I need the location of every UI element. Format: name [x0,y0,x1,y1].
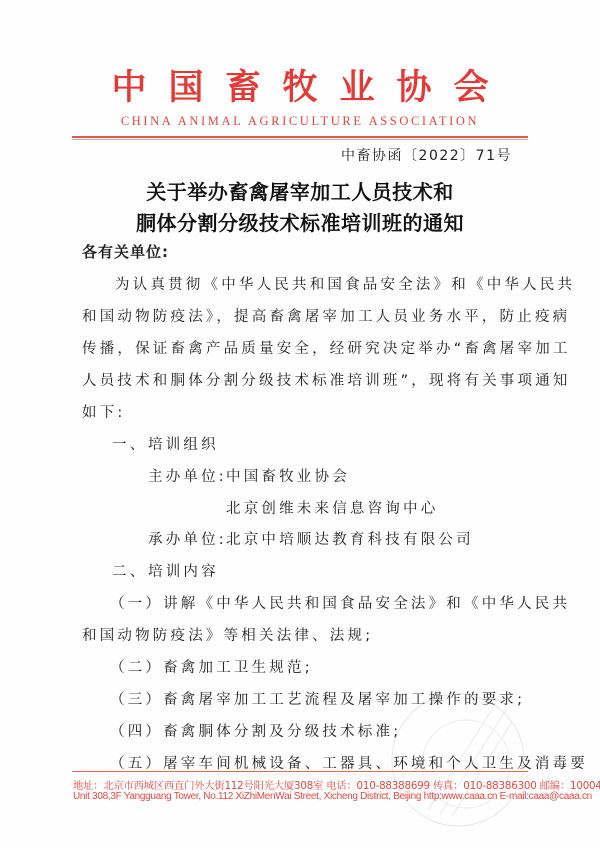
section-2-heading: 培训内容 [148,560,219,581]
host-2: 北京创维未来信息咨询中心 [226,497,438,518]
content-item-1-cont: 和国动物防疫法》等相关法律、法规; [82,624,373,645]
intro-line-4: 人员技术和胴体分割分级技术标准培训班”，现将有关事项通知 [82,369,571,390]
host-label: 主办单位: [148,465,227,486]
footer-address-cn: 地址：北京市西城区西直门外大街112号阳光大厦308室 电话：010-88388… [73,777,600,792]
letterhead-rule-thin [72,139,528,140]
letterhead-org-name-cn: 中国畜牧业协会 [0,68,600,108]
section-2-number: 二、 [112,560,147,581]
document-number: 中畜协函〔2022〕71号 [341,145,512,165]
host-1: 中国畜牧业协会 [226,465,350,486]
letterhead-org-name-en: CHINA ANIMAL AGRICULTURE ASSOCIATION [0,114,600,128]
footer-address-en: Unit 308,3F Yangguang Tower, No.112 XiZh… [73,791,592,802]
intro-line-1: 为认真贯彻《中华人民共和国食品安全法》和《中华人民共 [115,273,575,294]
content-item-4: （四）畜禽胴体分割及分级技术标准; [110,720,401,741]
document-page: 中国畜牧业协会 CHINA ANIMAL AGRICULTURE ASSOCIA… [0,0,600,848]
document-title-line-1: 关于举办畜禽屠宰加工人员技术和 [0,176,600,205]
intro-line-2: 和国动物防疫法》，提高畜禽屠宰加工人员业务水平，防止疫病 [82,305,570,326]
section-1-number: 一、 [112,433,147,454]
letterhead-rule [72,136,528,138]
intro-line-5: 如下: [82,401,126,422]
organizer: 北京中培顺达教育科技有限公司 [226,528,474,549]
watermark-logo-icon [388,690,528,830]
organizer-label: 承办单位: [148,528,227,549]
document-title-line-2: 胴体分割分级技术标准培训班的通知 [0,207,600,236]
intro-line-3: 传播，保证畜禽产品质量安全，经研究决定举办“畜禽屠宰加工 [82,337,571,358]
salutation: 各有关单位: [82,241,169,262]
section-1-heading: 培训组织 [148,433,219,454]
content-item-2: （二）畜禽加工卫生规范; [110,656,313,677]
footer-rule [72,771,528,772]
content-item-1: （一）讲解《中华人民共和国食品安全法》和《中华人民共 [110,592,570,613]
